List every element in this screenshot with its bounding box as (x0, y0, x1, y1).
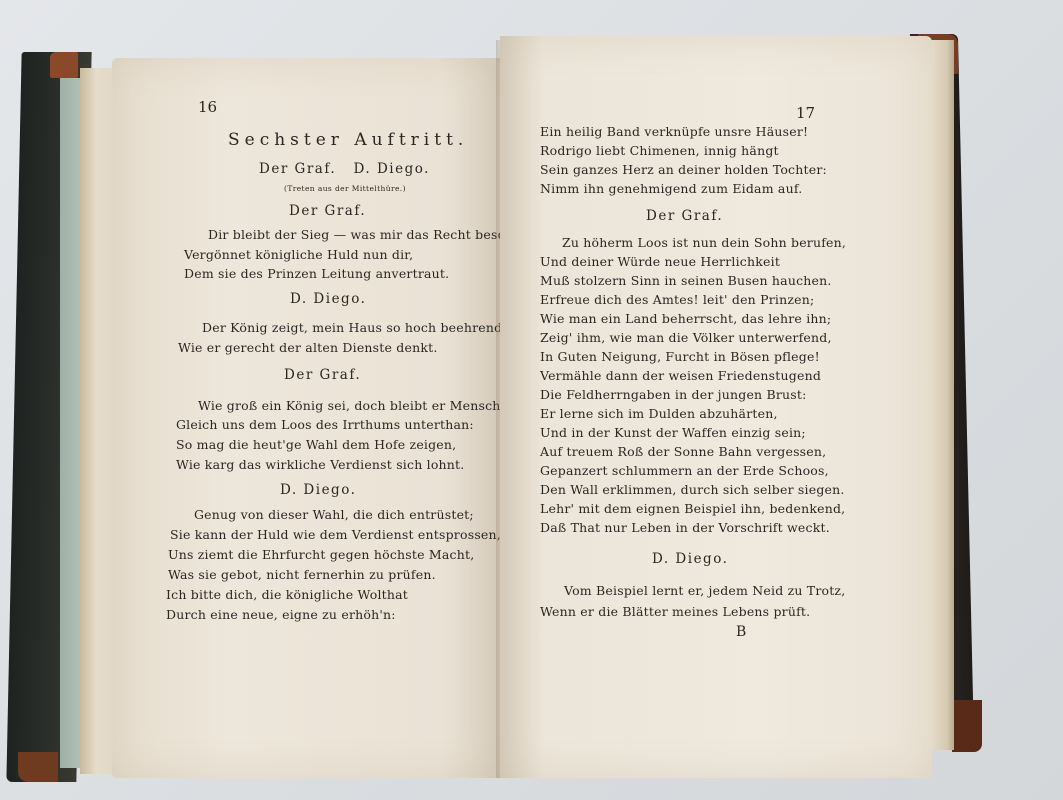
left-cover-leather-corner-bottom (18, 752, 58, 782)
verse-line: Lehr' mit dem eignen Beispiel ihn, beden… (540, 499, 845, 519)
verse-line: Wenn er die Blätter meines Lebens prüft. (540, 602, 810, 622)
speaker-label: D. Diego. (290, 291, 366, 307)
verse-line: Ich bitte dich, die königliche Wolthat (166, 585, 408, 605)
verse-line: Wie man ein Land beherrscht, das lehre i… (540, 309, 831, 329)
right-page-stack (930, 40, 954, 750)
speaker-label: Der Graf. (289, 203, 366, 219)
verse-line: In Guten Neigung, Furcht in Bösen pflege… (540, 347, 820, 367)
left-page: 16 Sechster Auftritt. Der Graf. D. Diego… (112, 58, 500, 778)
verse-line: Und in der Kunst der Waffen einzig sein; (540, 423, 806, 443)
character-list: Der Graf. D. Diego. (259, 161, 430, 177)
verse-line: Er lerne sich im Dulden abzuhärten, (540, 404, 778, 424)
signature-mark: B (736, 624, 746, 640)
verse-line: Vergönnet königliche Huld nun dir, (184, 245, 413, 265)
speaker-label: D. Diego. (652, 551, 728, 567)
right-cover-leather-corner-bottom (952, 700, 982, 752)
verse-line: Die Feldherrngaben in der jungen Brust: (540, 385, 807, 405)
right-page: 17 Ein heilig Band verknüpfe unsre Häuse… (500, 36, 932, 778)
verse-line: Zeig' ihm, wie man die Völker unterwerfe… (540, 328, 832, 348)
verse-line: Genug von dieser Wahl, die dich entrüste… (194, 505, 474, 525)
verse-line: Vom Beispiel lernt er, jedem Neid zu Tro… (564, 581, 845, 601)
verse-line: Was sie gebot, nicht fernerhin zu prüfen… (168, 565, 436, 585)
verse-line: Gepanzert schlummern an der Erde Schoos, (540, 461, 829, 481)
verse-line: Sie kann der Huld wie dem Verdienst ents… (170, 525, 501, 545)
verse-line: Und deiner Würde neue Herrlichkeit (540, 252, 780, 272)
verse-line: Erfreue dich des Amtes! leit' den Prinze… (540, 290, 814, 310)
verse-line: Ein heilig Band verknüpfe unsre Häuser! (540, 122, 808, 142)
speaker-label: Der Graf. (284, 367, 361, 383)
left-cover-leather-corner-top (50, 52, 78, 78)
verse-line: So mag die heut'ge Wahl dem Hofe zeigen, (176, 435, 456, 455)
verse-line: Der König zeigt, mein Haus so hoch beehr… (202, 318, 507, 338)
verse-line: Gleich uns dem Loos des Irrthums unterth… (176, 415, 474, 435)
verse-line: Nimm ihn genehmigend zum Eidam auf. (540, 179, 802, 199)
verse-line: Wie er gerecht der alten Dienste denkt. (178, 338, 438, 358)
verse-line: Sein ganzes Herz an deiner holden Tochte… (540, 160, 827, 180)
verse-line: Uns ziemt die Ehrfurcht gegen höchste Ma… (168, 545, 474, 565)
scene-heading: Sechster Auftritt. (228, 130, 468, 150)
verse-line: Durch eine neue, eigne zu erhöh'n: (166, 605, 396, 625)
verse-line: Daß That nur Leben in der Vorschrift wec… (540, 518, 830, 538)
verse-line: Muß stolzern Sinn in seinen Busen hauche… (540, 271, 832, 291)
verse-line: Zu höherm Loos ist nun dein Sohn berufen… (562, 233, 846, 253)
verse-line: Auf treuem Roß der Sonne Bahn vergessen, (540, 442, 826, 462)
page-number: 17 (796, 104, 815, 122)
verse-line: Den Wall erklimmen, durch sich selber si… (540, 480, 845, 500)
page-number: 16 (198, 98, 217, 116)
verse-line: Vermähle dann der weisen Friedenstugend (540, 366, 821, 386)
speaker-label: Der Graf. (646, 208, 723, 224)
verse-line: Wie karg das wirkliche Verdienst sich lo… (176, 455, 464, 475)
verse-line: Dem sie des Prinzen Leitung anvertraut. (184, 264, 449, 284)
verse-line: Wie groß ein König sei, doch bleibt er M… (198, 396, 505, 416)
speaker-label: D. Diego. (280, 482, 356, 498)
verse-line: Rodrigo liebt Chimenen, innig hängt (540, 141, 779, 161)
stage-direction: (Treten aus der Mittelthüre.) (284, 184, 406, 193)
